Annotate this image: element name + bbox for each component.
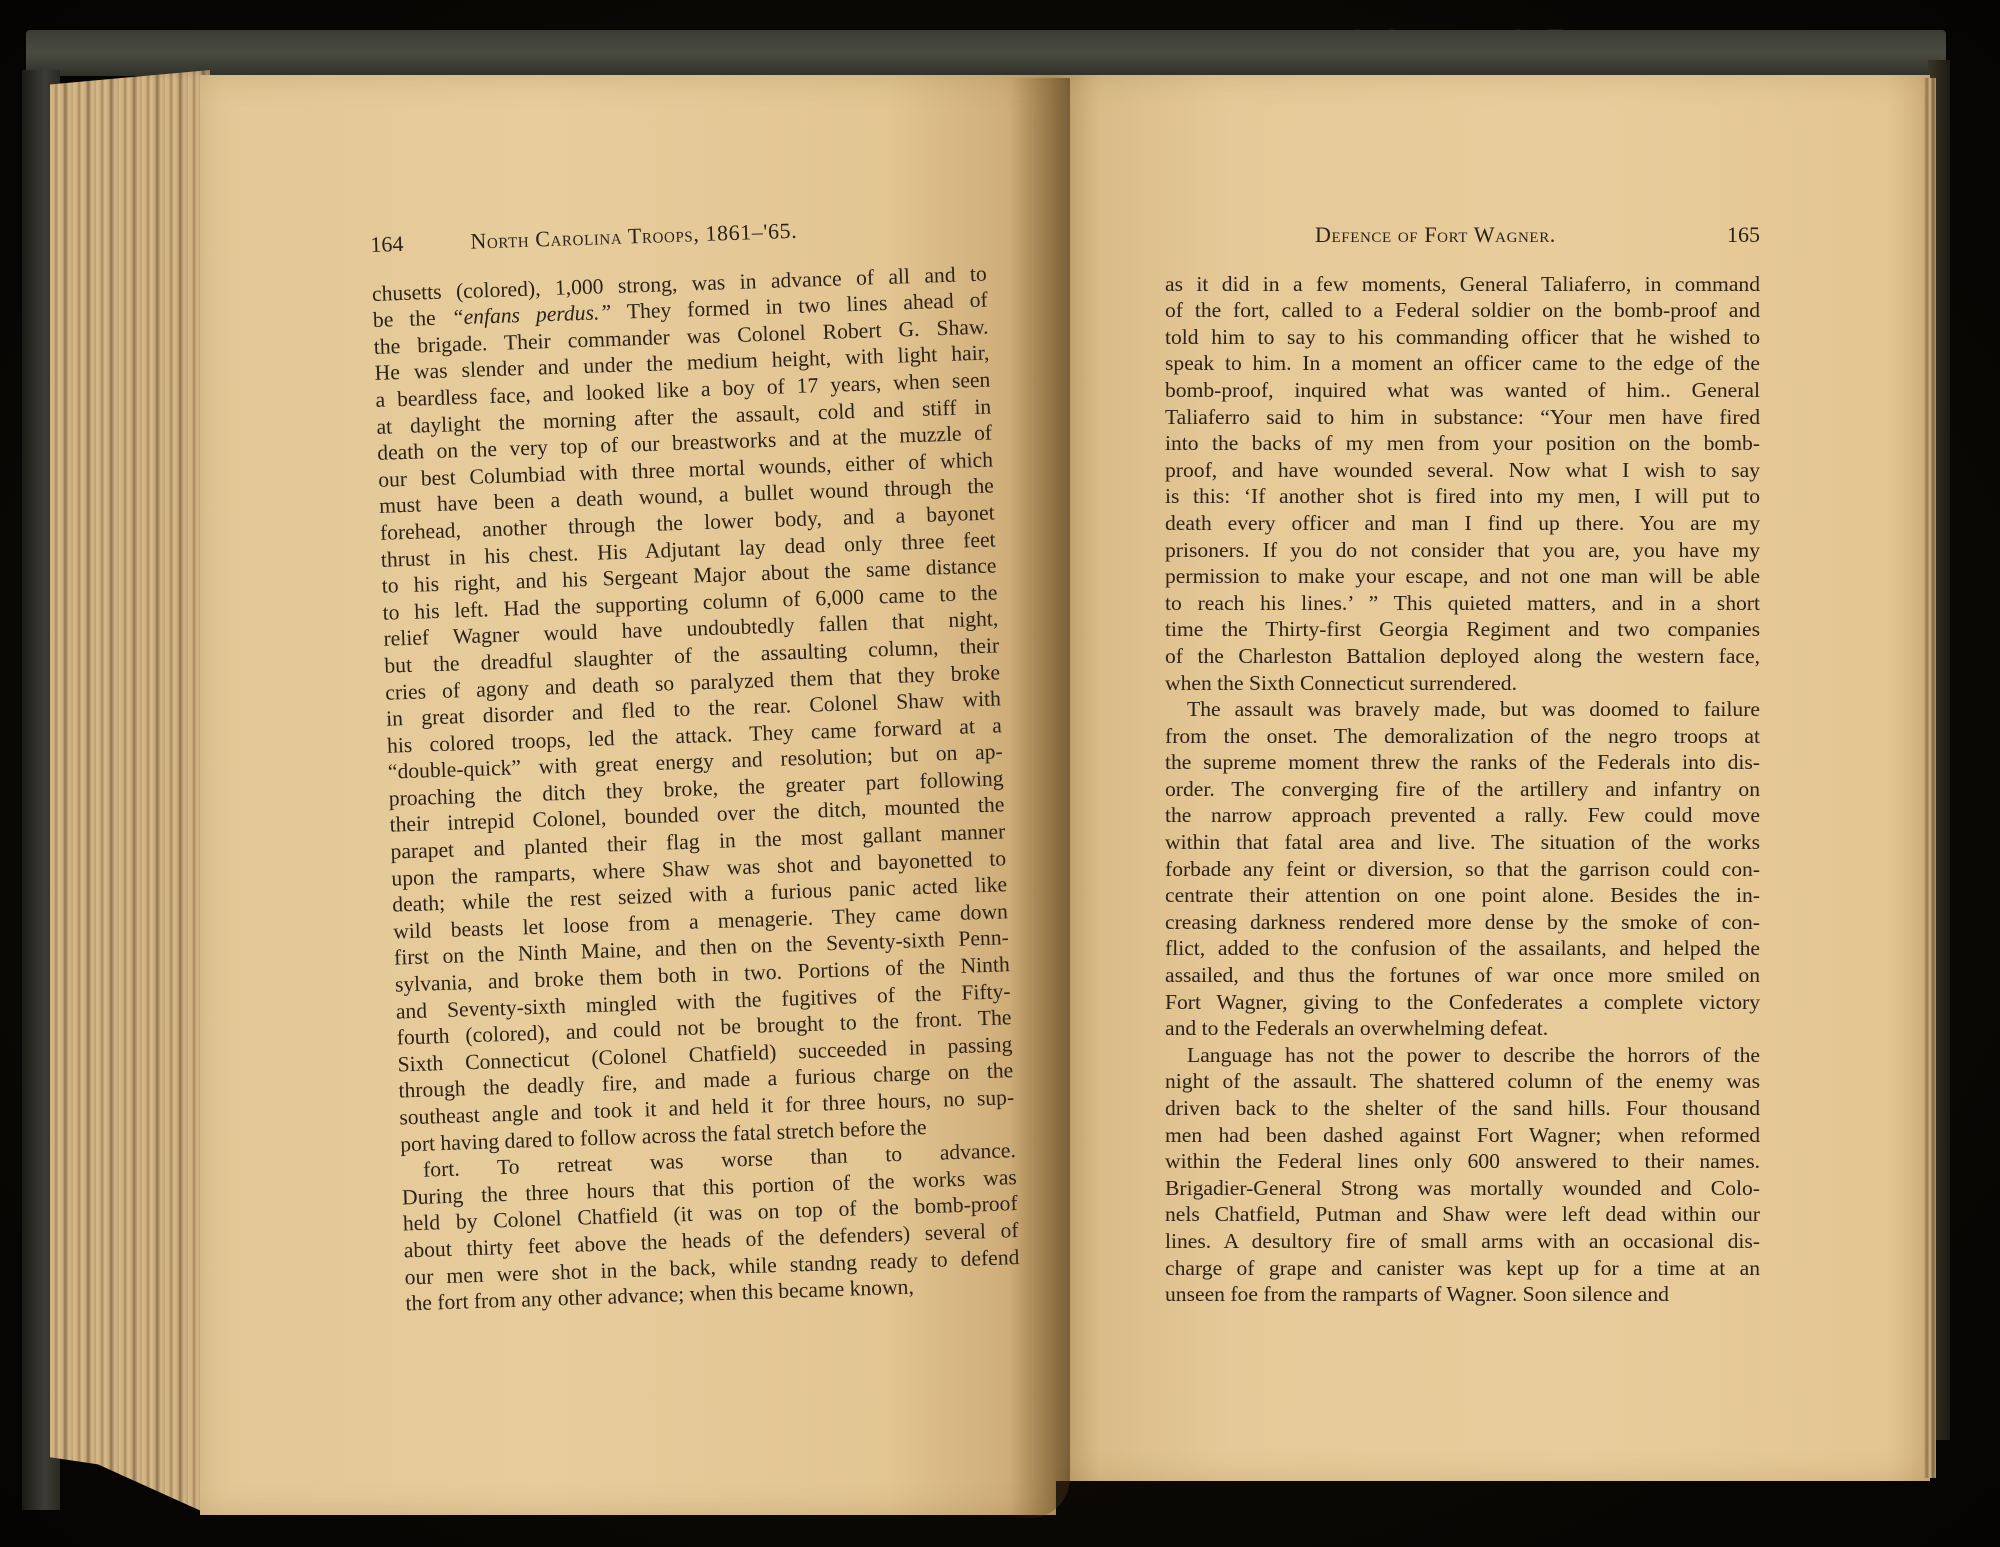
italic-phrase: “enfans perdus.” bbox=[451, 300, 611, 329]
text-line: proof, and have wounded several. Now wha… bbox=[1165, 457, 1760, 484]
book-cover-top-edge bbox=[26, 30, 1946, 76]
text-line: within the Federal lines only 600 answer… bbox=[1165, 1148, 1760, 1175]
gutter-shadow bbox=[1010, 78, 1070, 1518]
text-line: unseen foe from the ramparts of Wagner. … bbox=[1165, 1281, 1760, 1308]
left-page-text: 164 North Carolina Troops, 1861–'65. chu… bbox=[370, 212, 1021, 1318]
text-line: nels Chatfield, Putman and Shaw were lef… bbox=[1165, 1201, 1760, 1228]
text-line: Language has not the power to describe t… bbox=[1165, 1042, 1760, 1069]
text-line: the supreme moment threw the ranks of th… bbox=[1165, 749, 1760, 776]
right-page-stack-edges bbox=[1924, 78, 1936, 1478]
text-line: order. The converging fire of the artill… bbox=[1165, 776, 1760, 803]
text-line: assailed, and thus the fortunes of war o… bbox=[1165, 962, 1760, 989]
text-line: told him to say to his commanding office… bbox=[1165, 324, 1760, 351]
right-page-body: as it did in a few moments, General Tali… bbox=[1165, 271, 1760, 1308]
text-line: as it did in a few moments, General Tali… bbox=[1165, 271, 1760, 298]
text-line: Brigadier-General Strong was mortally wo… bbox=[1165, 1175, 1760, 1202]
text-line: charge of grape and canister was kept up… bbox=[1165, 1255, 1760, 1282]
text-line: driven back to the shelter of the sand h… bbox=[1165, 1095, 1760, 1122]
text-line: Fort Wagner, giving to the Confederates … bbox=[1165, 989, 1760, 1016]
text-line: into the backs of my men from your posit… bbox=[1165, 430, 1760, 457]
text-line: night of the assault. The shattered colu… bbox=[1165, 1068, 1760, 1095]
right-page-text: Defence of Fort Wagner. 165 as it did in… bbox=[1165, 222, 1760, 1308]
right-running-head: Defence of Fort Wagner. 165 bbox=[1165, 222, 1760, 249]
text-line: men had been dashed against Fort Wagner;… bbox=[1165, 1122, 1760, 1149]
text-line: flict, added to the confusion of the ass… bbox=[1165, 935, 1760, 962]
text-line: from the onset. The demoralization of th… bbox=[1165, 723, 1760, 750]
text-line: the narrow approach prevented a rally. F… bbox=[1165, 802, 1760, 829]
text-line: time the Thirty-first Georgia Regiment a… bbox=[1165, 616, 1760, 643]
text-fragment: be the bbox=[373, 306, 452, 333]
text-line: when the Sixth Connecticut surrendered. bbox=[1165, 670, 1760, 697]
left-page-stack-edges bbox=[50, 70, 210, 1515]
page-number: 165 bbox=[1727, 222, 1760, 249]
text-line: bomb-proof, inquired what was wanted of … bbox=[1165, 377, 1760, 404]
text-line: speak to him. In a moment an officer cam… bbox=[1165, 350, 1760, 377]
text-line: and to the Federals an overwhelming defe… bbox=[1165, 1015, 1760, 1042]
text-line: forbade any feint or diversion, so that … bbox=[1165, 856, 1760, 883]
text-line: death every officer and man I find up th… bbox=[1165, 510, 1760, 537]
text-line: creasing darkness rendered more dense by… bbox=[1165, 909, 1760, 936]
text-line: Taliaferro said to him in substance: “Yo… bbox=[1165, 404, 1760, 431]
running-head-title: Defence of Fort Wagner. bbox=[1315, 222, 1556, 249]
text-line: of the Charleston Battalion deployed alo… bbox=[1165, 643, 1760, 670]
text-line: to reach his lines.’ ” This quieted matt… bbox=[1165, 590, 1760, 617]
text-line: of the fort, called to a Federal soldier… bbox=[1165, 297, 1760, 324]
book-scan-scene: ← 11 x 17 → 164 North Carolina Troops, 1… bbox=[0, 0, 2000, 1547]
text-line: within that fatal area and live. The sit… bbox=[1165, 829, 1760, 856]
text-line: prisoners. If you do not consider that y… bbox=[1165, 537, 1760, 564]
text-line: lines. A desultory fire of small arms wi… bbox=[1165, 1228, 1760, 1255]
left-page-body: chusetts (colored), 1,000 strong, was in… bbox=[372, 260, 1021, 1317]
page-number: 164 bbox=[370, 229, 471, 259]
text-line: permission to make your escape, and not … bbox=[1165, 563, 1760, 590]
text-line: centrate their attention on one point al… bbox=[1165, 882, 1760, 909]
text-line: is this: ‘If another shot is fired into … bbox=[1165, 483, 1760, 510]
text-line: The assault was bravely made, but was do… bbox=[1165, 696, 1760, 723]
